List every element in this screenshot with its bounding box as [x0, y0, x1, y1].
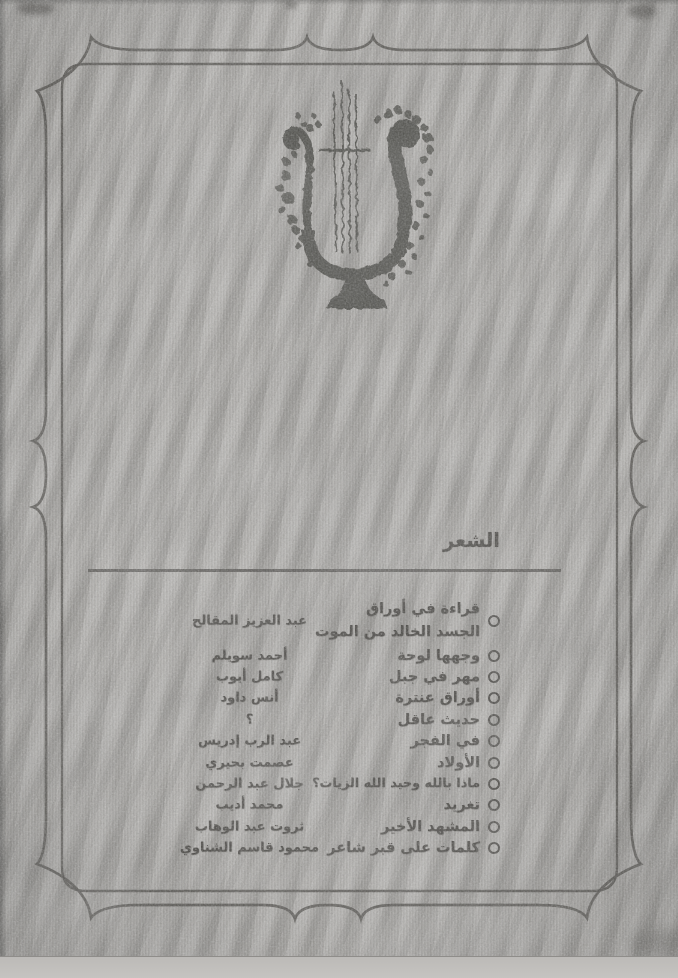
lyre-illustration [258, 80, 445, 315]
toc-row: ماذا بالله وحيد الله الزيات؟ جلال عبد ال… [172, 773, 500, 794]
poem-title: قراءة في أوراق الجسد الخالد من الموت [315, 598, 480, 644]
poem-author: عصمت بحيري [172, 755, 327, 770]
toc-row: أوراق عنترة أنس داود [172, 688, 500, 709]
toc-row: الأولاد عصمت بحيري [172, 752, 500, 773]
poem-title: حديث عاقل [398, 710, 480, 730]
poem-author: عبد العزيز المقالح [172, 614, 327, 629]
circle-bullet-icon [488, 671, 500, 683]
poem-author: جلال عبد الرحمن [172, 777, 327, 792]
poem-author: أحمد سويلم [172, 648, 327, 663]
circle-bullet-icon [488, 799, 500, 811]
toc-row: قراءة في أوراق الجسد الخالد من الموت عبد… [172, 597, 500, 645]
toc-row: وجهها لوحة أحمد سويلم [172, 645, 500, 666]
poem-title: مهر في جبل [389, 667, 480, 687]
circle-bullet-icon [488, 650, 500, 662]
circle-bullet-icon [488, 842, 500, 854]
toc-row: كلمات على قبر شاعر محمود قاسم الشناوي [172, 838, 500, 859]
scanner-platen-strip [0, 956, 678, 978]
circle-bullet-icon [488, 714, 500, 726]
poem-title: الأولاد [437, 753, 480, 773]
poem-title: ماذا بالله وحيد الله الزيات؟ [312, 775, 480, 793]
toc-row: في الفجر عبد الرب إدريس [172, 731, 500, 752]
scan-smudge [628, 4, 656, 19]
circle-bullet-icon [488, 735, 500, 747]
poem-author: محمد أديب [172, 798, 327, 813]
heading-rule [88, 569, 561, 572]
page-edge-shadow [0, 0, 7, 978]
scan-smudge [630, 928, 678, 956]
circle-bullet-icon [488, 821, 500, 833]
toc-row: تغريد محمد أديب [172, 795, 500, 816]
poetry-table-of-contents: قراءة في أوراق الجسد الخالد من الموت عبد… [172, 597, 500, 859]
poem-title: أوراق عنترة [395, 688, 480, 708]
poem-title: المشهد الأخير [381, 817, 480, 837]
circle-bullet-icon [488, 615, 500, 627]
poem-author: ثروت عبد الوهاب [172, 819, 327, 834]
poem-title: تغريد [444, 795, 480, 815]
toc-row: المشهد الأخير ثروت عبد الوهاب [172, 816, 500, 837]
toc-row: مهر في جبل كامل أيوب [172, 666, 500, 687]
page-edge-shadow [0, 0, 678, 5]
toc-row: حديث عاقل ؟ [172, 709, 500, 730]
poem-title: وجهها لوحة [397, 646, 480, 666]
poem-author: محمود قاسم الشناوي [172, 841, 327, 856]
poem-author: ؟ [172, 712, 327, 727]
poem-author: أنس داود [172, 691, 327, 706]
circle-bullet-icon [488, 757, 500, 769]
poem-title: في الفجر [410, 731, 480, 751]
poem-author: كامل أيوب [172, 670, 327, 685]
scanned-book-page: الشعر قراءة في أوراق الجسد الخالد من الم… [0, 0, 678, 978]
circle-bullet-icon [488, 778, 500, 790]
circle-bullet-icon [488, 692, 500, 704]
poem-author: عبد الرب إدريس [172, 734, 327, 749]
section-heading: الشعر [443, 529, 500, 552]
poem-title: كلمات على قبر شاعر [327, 838, 480, 858]
